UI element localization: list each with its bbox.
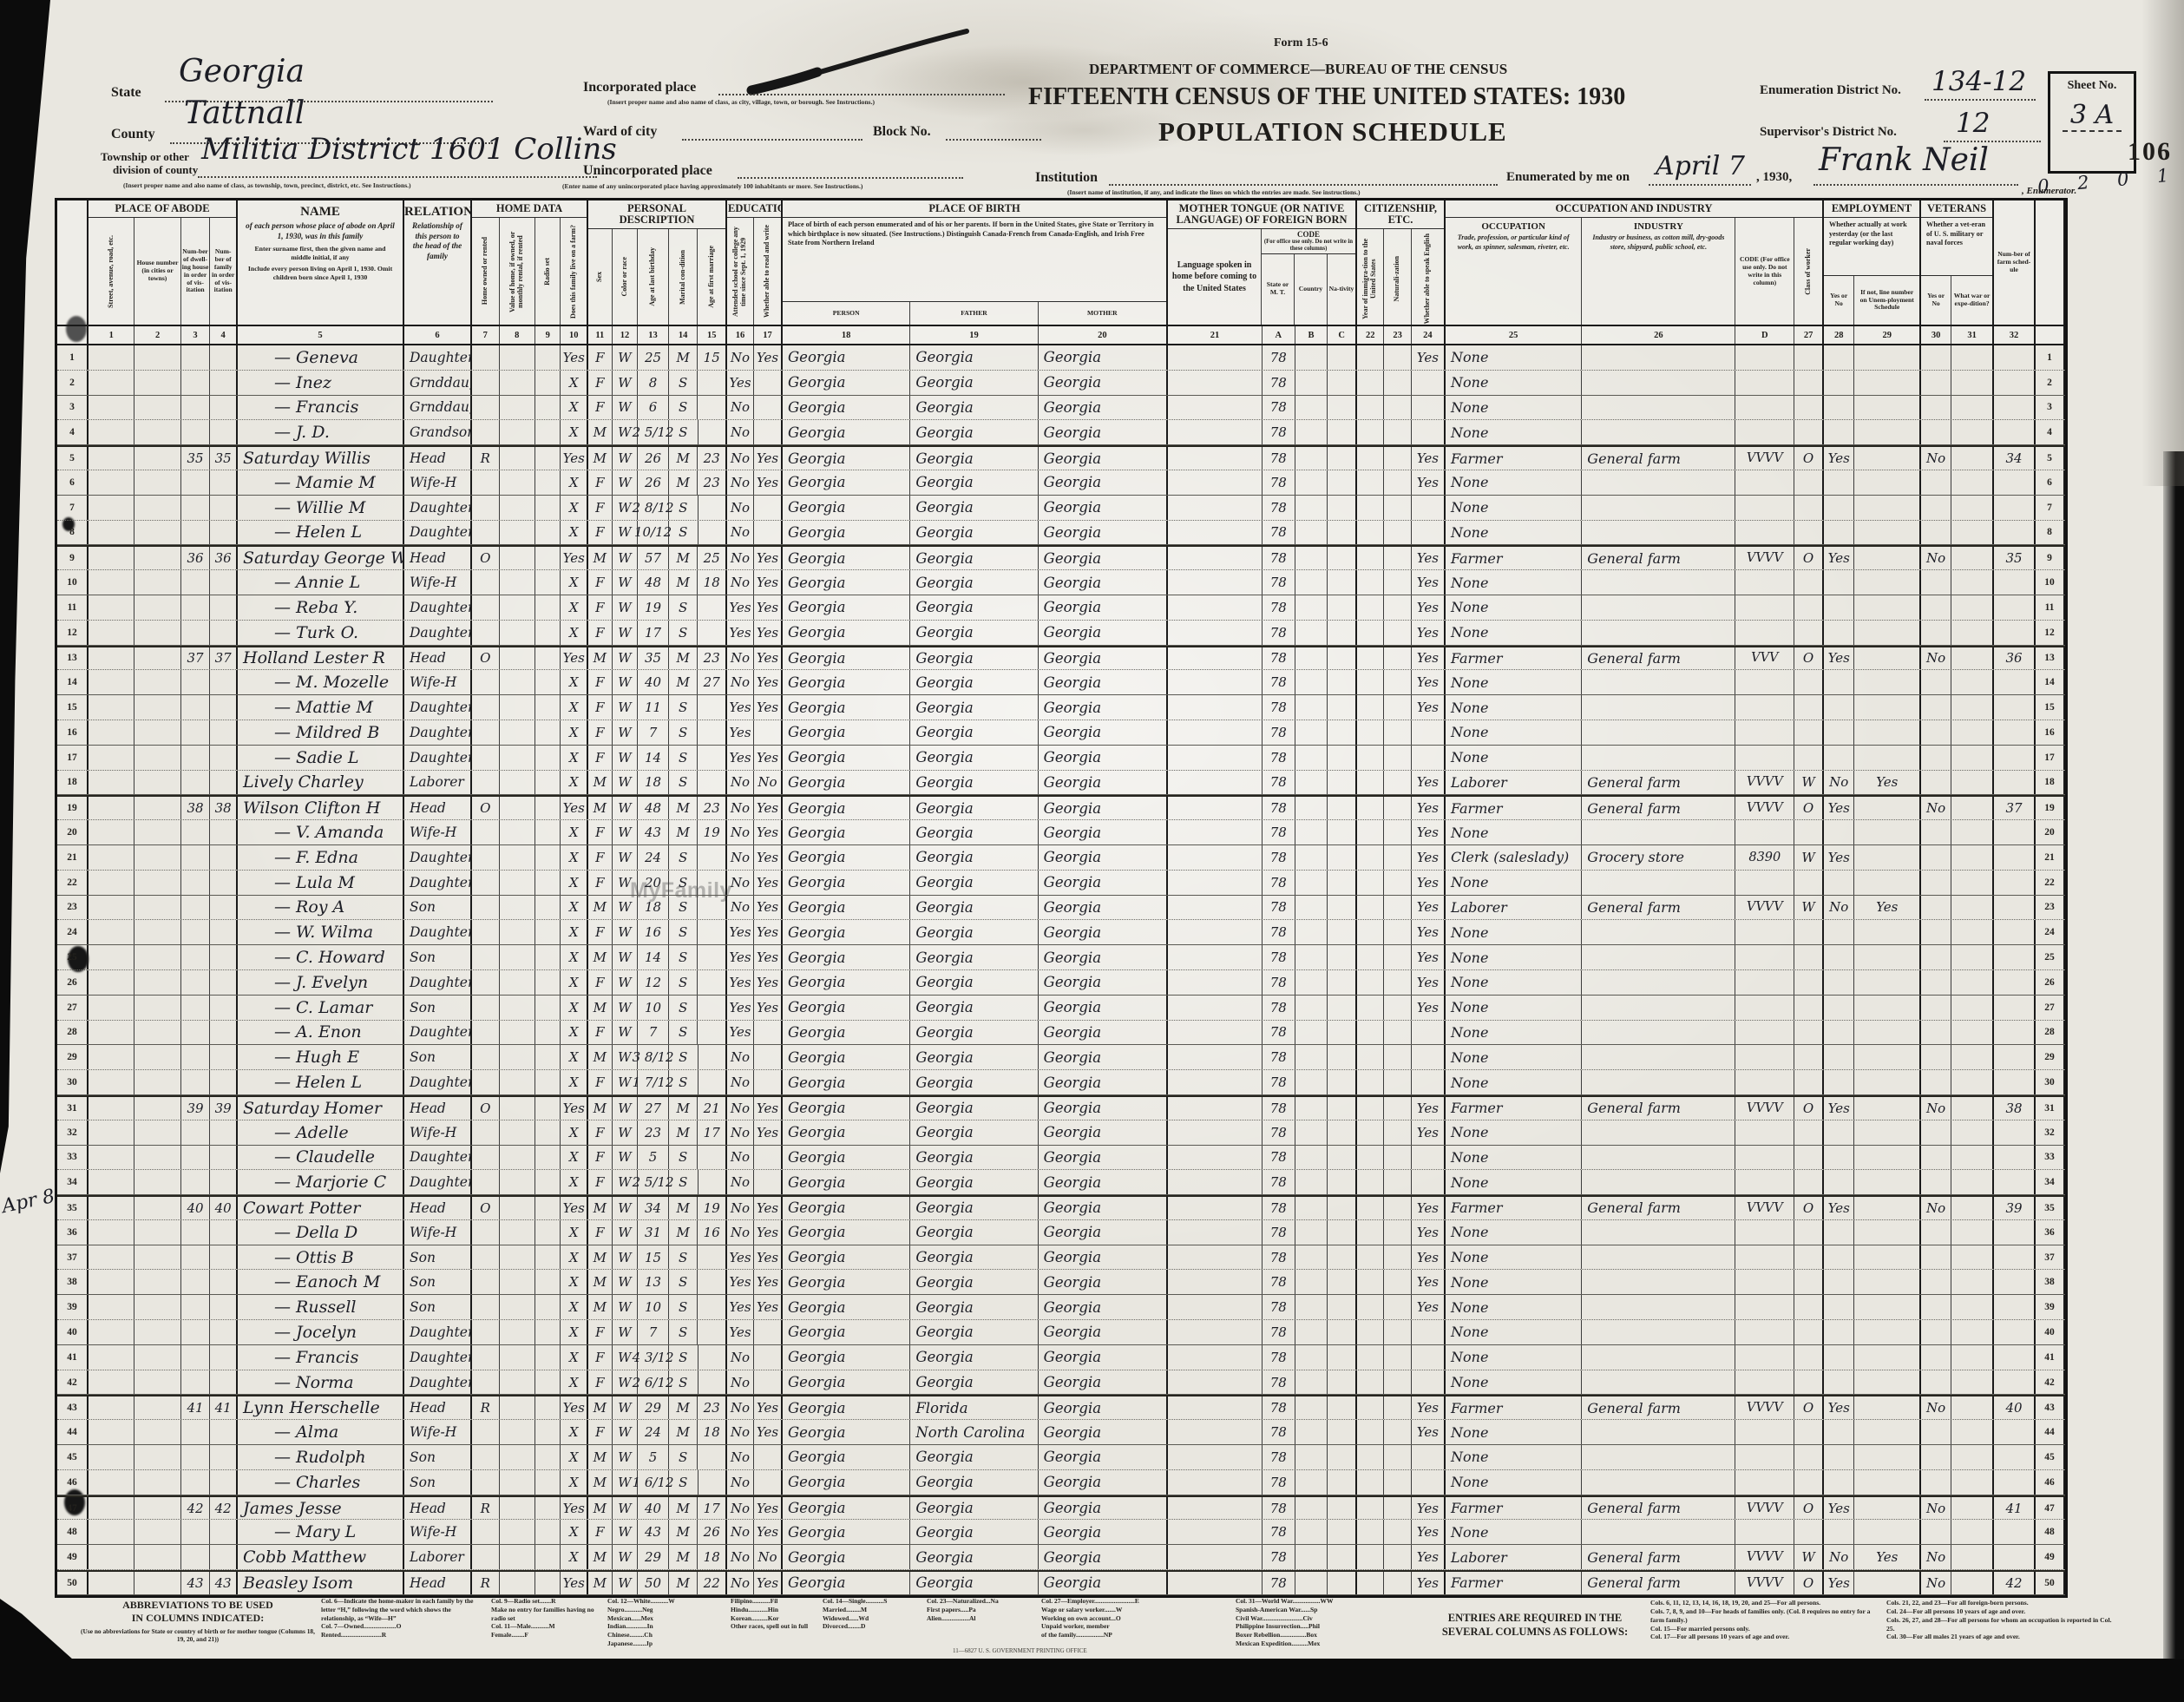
number-group: 32 bbox=[1994, 326, 2036, 344]
cell-cC bbox=[1328, 896, 1355, 920]
row-group bbox=[89, 746, 238, 770]
cell-c9 bbox=[535, 746, 561, 770]
cell-c6: Daughter bbox=[404, 845, 472, 870]
row-group: GeorgiaGeorgiaGeorgia bbox=[783, 797, 1168, 819]
cell-c12: W bbox=[613, 845, 639, 870]
cell-c17: Yes bbox=[754, 595, 781, 620]
row-group: NoYes bbox=[727, 1197, 783, 1219]
table-row: 14— M. MozelleWife-HXFW40M27NoYesGeorgia… bbox=[57, 670, 2065, 695]
row-group: Yes bbox=[1824, 845, 1921, 870]
row-group: GeorgiaGeorgiaGeorgia bbox=[783, 871, 1168, 895]
row-group bbox=[89, 820, 238, 844]
cell-c1 bbox=[89, 1420, 134, 1444]
cell-c17: Yes bbox=[754, 1420, 781, 1444]
cell-c3 bbox=[181, 396, 211, 420]
row-group: Daughter bbox=[404, 1345, 472, 1370]
cell-c28 bbox=[1824, 1420, 1854, 1444]
row-group: Yes bbox=[727, 720, 783, 745]
cell-cD bbox=[1735, 1470, 1794, 1495]
cell-c26 bbox=[1582, 1445, 1735, 1469]
table-row: 12— Turk O.DaughterXFW17SYesYesGeorgiaGe… bbox=[57, 621, 2065, 646]
cell-cC bbox=[1328, 1396, 1355, 1419]
cell-c18: Georgia bbox=[783, 396, 910, 420]
row-group bbox=[1824, 396, 1921, 420]
cell-c25: None bbox=[1446, 1070, 1582, 1094]
entries-required-right: Cols. 21, 22, and 23—For all foreign-bor… bbox=[1886, 1599, 2119, 1641]
cell-c3 bbox=[181, 521, 211, 545]
cell-c4: 36 bbox=[210, 547, 236, 569]
cell-c9 bbox=[535, 896, 561, 920]
cell-c14: S bbox=[669, 771, 698, 795]
row-group: 5 bbox=[2036, 447, 2065, 470]
row-group: X bbox=[472, 1245, 588, 1270]
table-row: 6— Mamie MWife-HXFW26M23NoYesGeorgiaGeor… bbox=[57, 470, 2065, 496]
cell-c26: General farm bbox=[1582, 1545, 1735, 1569]
cell-c24 bbox=[1412, 746, 1444, 770]
cell-c24 bbox=[1412, 521, 1444, 545]
cell-ln: 11 bbox=[57, 595, 87, 620]
row-group: OYes bbox=[472, 797, 588, 819]
row-group bbox=[89, 896, 238, 920]
cell-c18: Georgia bbox=[783, 1470, 910, 1495]
cell-c10: X bbox=[561, 621, 587, 645]
header-cell: State or M. T. bbox=[1262, 254, 1295, 325]
cell-c11: F bbox=[588, 621, 613, 645]
row-group: 49 bbox=[57, 1545, 89, 1569]
cell-c25: Farmer bbox=[1446, 1572, 1582, 1594]
row-group: Yes bbox=[727, 1320, 783, 1344]
cell-c27 bbox=[1794, 345, 1822, 370]
abbreviation-block: Col. 27—Employer........................… bbox=[1041, 1597, 1190, 1640]
row-group: 12 bbox=[2036, 621, 2065, 645]
row-group: MW10S bbox=[588, 1295, 727, 1319]
cell-c31 bbox=[1951, 771, 1992, 795]
row-group: 78 bbox=[1168, 1497, 1357, 1520]
row-group bbox=[1824, 1245, 1921, 1270]
row-group: None bbox=[1446, 1520, 1824, 1544]
cell-c3: 41 bbox=[181, 1396, 211, 1419]
column-number: 5 bbox=[238, 326, 403, 344]
cell-c22 bbox=[1357, 521, 1384, 545]
row-group: None bbox=[1446, 1146, 1824, 1170]
cell-lnr: 11 bbox=[2036, 595, 2063, 620]
cell-c16: No bbox=[727, 1097, 754, 1120]
column-number: 9 bbox=[535, 326, 561, 344]
cell-c5: — Helen L bbox=[238, 1070, 403, 1094]
cell-c25: Farmer bbox=[1446, 547, 1582, 569]
cell-cC bbox=[1328, 771, 1355, 795]
cell-c1 bbox=[89, 1070, 134, 1094]
row-group: GeorgiaGeorgiaGeorgia bbox=[783, 945, 1168, 969]
row-group: No bbox=[727, 1045, 783, 1069]
cell-c10: Yes bbox=[561, 1396, 587, 1419]
cell-c23 bbox=[1384, 720, 1411, 745]
cell-c2 bbox=[134, 1497, 180, 1520]
cell-c23 bbox=[1384, 521, 1411, 545]
cell-c4: 40 bbox=[210, 1197, 236, 1219]
cell-c18: Georgia bbox=[783, 670, 910, 694]
cell-c19: Georgia bbox=[910, 1572, 1038, 1594]
cell-c13: 57 bbox=[638, 547, 669, 569]
header-cell: Whether able to speak English bbox=[1412, 229, 1444, 325]
cell-c31 bbox=[1951, 621, 1992, 645]
cell-c7: R bbox=[472, 1497, 500, 1520]
row-group bbox=[1824, 1295, 1921, 1319]
cell-c10: X bbox=[561, 695, 587, 720]
row-group: No bbox=[1921, 1545, 1994, 1569]
cell-c21 bbox=[1168, 1370, 1263, 1395]
cell-c29 bbox=[1854, 1146, 1919, 1170]
row-group: OYes bbox=[472, 1197, 588, 1219]
cell-c25: None bbox=[1446, 1295, 1582, 1319]
cell-ln: 9 bbox=[57, 547, 87, 569]
row-group: 35 bbox=[57, 1197, 89, 1219]
cell-lnr: 49 bbox=[2036, 1545, 2063, 1569]
row-group: X bbox=[472, 1370, 588, 1395]
cell-c11: F bbox=[588, 1070, 613, 1094]
row-group: RYes bbox=[472, 1497, 588, 1520]
cell-c17: Yes bbox=[754, 1270, 781, 1294]
row-group: 11 bbox=[57, 595, 89, 620]
row-group: GeorgiaGeorgiaGeorgia bbox=[783, 996, 1168, 1020]
row-group: FarmerGeneral farmVVVVO bbox=[1446, 1497, 1824, 1520]
row-group: 78 bbox=[1168, 1445, 1357, 1469]
cell-c3 bbox=[181, 496, 211, 520]
row-group bbox=[1824, 820, 1921, 844]
cell-c20: Georgia bbox=[1039, 1021, 1166, 1045]
cell-c20: Georgia bbox=[1039, 1070, 1166, 1094]
cell-lnr: 22 bbox=[2036, 871, 2063, 895]
cell-cD bbox=[1735, 1295, 1794, 1319]
cell-c9 bbox=[535, 695, 561, 720]
cell-c32 bbox=[1994, 1345, 2034, 1370]
cell-c3 bbox=[181, 470, 211, 495]
row-group bbox=[1994, 1470, 2036, 1495]
cell-cA: 78 bbox=[1263, 420, 1295, 444]
header-cell: Num-ber of family in order of vis-itatio… bbox=[210, 218, 236, 325]
row-group: Yes bbox=[1357, 1197, 1446, 1219]
cell-lnr: 46 bbox=[2036, 1470, 2063, 1495]
cell-c11: F bbox=[588, 820, 613, 844]
row-group: — Mildred B bbox=[238, 720, 404, 745]
row-group: No bbox=[727, 1146, 783, 1170]
cell-c2 bbox=[134, 1197, 180, 1219]
row-group: 32 bbox=[57, 1120, 89, 1145]
row-group: Yes bbox=[1357, 1572, 1446, 1594]
cell-c29: Yes bbox=[1854, 771, 1919, 795]
row-group: NoYes bbox=[727, 1572, 783, 1594]
row-group: Yes bbox=[1824, 1396, 1921, 1419]
cell-c21 bbox=[1168, 521, 1263, 545]
row-group bbox=[89, 521, 238, 545]
row-group bbox=[1824, 345, 1921, 370]
cell-c20: Georgia bbox=[1039, 1445, 1166, 1469]
row-group: FW24M18 bbox=[588, 1420, 727, 1444]
cell-c20: Georgia bbox=[1039, 820, 1166, 844]
cell-c13: 40 bbox=[638, 670, 669, 694]
cell-c25: None bbox=[1446, 920, 1582, 944]
cell-cD bbox=[1735, 1070, 1794, 1094]
cell-c19: Georgia bbox=[910, 1520, 1038, 1544]
row-group bbox=[1921, 470, 1994, 495]
cell-cB bbox=[1295, 896, 1328, 920]
cell-c1 bbox=[89, 1445, 134, 1469]
cell-c8 bbox=[500, 1170, 535, 1194]
cell-c23 bbox=[1384, 920, 1411, 944]
cell-c10: X bbox=[561, 470, 587, 495]
row-group: — Helen L bbox=[238, 1070, 404, 1094]
cell-cD: VVVV bbox=[1735, 1197, 1794, 1219]
cell-c16: Yes bbox=[727, 945, 754, 969]
group-title: HOME DATA bbox=[472, 200, 587, 218]
cell-c19: Georgia bbox=[910, 447, 1038, 470]
cell-c20: Georgia bbox=[1039, 447, 1166, 470]
cell-c18: Georgia bbox=[783, 1146, 910, 1170]
block-line bbox=[946, 139, 1041, 141]
cell-c24: Yes bbox=[1412, 996, 1444, 1020]
cell-cC bbox=[1328, 570, 1355, 595]
cell-c18: Georgia bbox=[783, 1070, 910, 1094]
row-group: 37 bbox=[57, 1245, 89, 1270]
row-group: None bbox=[1446, 420, 1824, 444]
cell-ln: 33 bbox=[57, 1146, 87, 1170]
row-group: GeorgiaGeorgiaGeorgia bbox=[783, 746, 1168, 770]
cell-c6: Grnddaughter bbox=[404, 371, 472, 395]
row-group bbox=[1994, 570, 2036, 595]
cell-c12: W bbox=[613, 1572, 639, 1594]
cell-c17: Yes bbox=[754, 647, 781, 670]
cell-c23 bbox=[1384, 1120, 1411, 1145]
cell-c5: — Charles bbox=[238, 1470, 403, 1495]
number-group: 1112131415 bbox=[588, 326, 727, 344]
row-group bbox=[89, 845, 238, 870]
cell-c14: S bbox=[669, 1295, 698, 1319]
cell-cB bbox=[1295, 970, 1328, 995]
row-group: 20 bbox=[57, 820, 89, 844]
row-group: 39 bbox=[57, 1295, 89, 1319]
cell-c8 bbox=[500, 1220, 535, 1245]
row-group: 14 bbox=[57, 670, 89, 694]
cell-c8 bbox=[500, 1197, 535, 1219]
cell-c28 bbox=[1824, 970, 1854, 995]
cell-c16: No bbox=[727, 447, 754, 470]
cell-cB bbox=[1295, 1097, 1328, 1120]
cell-c6: Wife-H bbox=[404, 1220, 470, 1245]
row-group: 34 bbox=[1994, 447, 2036, 470]
row-group: FW10/12S bbox=[588, 521, 727, 545]
cell-c10: X bbox=[561, 1345, 587, 1370]
cell-cC bbox=[1328, 521, 1355, 545]
cell-c32 bbox=[1994, 621, 2034, 645]
row-group: None bbox=[1446, 621, 1824, 645]
row-group bbox=[1994, 621, 2036, 645]
column-number: 14 bbox=[669, 326, 698, 344]
row-group: Head bbox=[404, 547, 472, 569]
cell-ln: 38 bbox=[57, 1270, 87, 1294]
cell-c22 bbox=[1357, 1170, 1384, 1194]
cell-c3: 37 bbox=[181, 647, 211, 670]
cell-c2 bbox=[134, 670, 180, 694]
row-group bbox=[1921, 345, 1994, 370]
cell-c11: F bbox=[588, 1345, 613, 1370]
cell-c6: Wife-H bbox=[404, 570, 470, 595]
column-label: Color or race bbox=[621, 257, 629, 296]
row-group: 78 bbox=[1168, 496, 1357, 520]
cell-c18: Georgia bbox=[783, 547, 910, 569]
row-group: X bbox=[472, 570, 588, 595]
cell-c4 bbox=[210, 845, 236, 870]
cell-c26 bbox=[1582, 1520, 1735, 1544]
row-group: 38 bbox=[1994, 1097, 2036, 1120]
cell-cD bbox=[1735, 1520, 1794, 1544]
cell-c14: S bbox=[669, 1370, 698, 1395]
cell-c13: 10/12 bbox=[638, 521, 669, 545]
cell-lnr: 24 bbox=[2036, 920, 2063, 944]
cell-c10: X bbox=[561, 1245, 587, 1270]
cell-c28 bbox=[1824, 1021, 1854, 1045]
cell-c15: 26 bbox=[698, 1520, 725, 1544]
cell-c14: S bbox=[669, 1245, 698, 1270]
cell-c14: S bbox=[669, 1445, 698, 1469]
row-group: 78 bbox=[1168, 1370, 1357, 1395]
cell-lnr: 42 bbox=[2036, 1370, 2063, 1395]
cell-c19: Georgia bbox=[910, 595, 1038, 620]
form-number: Form 15-6 bbox=[1274, 36, 1328, 50]
cell-c3 bbox=[181, 1345, 211, 1370]
cell-c32 bbox=[1994, 1520, 2034, 1544]
row-group: MW2 5/12S bbox=[588, 420, 727, 444]
row-group bbox=[1921, 771, 1994, 795]
cell-c24: Yes bbox=[1412, 1295, 1444, 1319]
cell-c18: Georgia bbox=[783, 896, 910, 920]
row-group: GeorgiaGeorgiaGeorgia bbox=[783, 1170, 1168, 1194]
cell-c15 bbox=[698, 720, 725, 745]
row-group: 78 bbox=[1168, 396, 1357, 420]
column-number: 31 bbox=[1951, 326, 1992, 344]
cell-cA: 78 bbox=[1263, 1320, 1295, 1344]
cell-c19: Georgia bbox=[910, 621, 1038, 645]
row-group: NoYes bbox=[727, 1497, 783, 1520]
row-group: Daughter bbox=[404, 920, 472, 944]
column-number: 11 bbox=[588, 326, 613, 344]
row-group bbox=[1921, 920, 1994, 944]
cell-c7 bbox=[472, 771, 500, 795]
cell-c23 bbox=[1384, 647, 1411, 670]
row-group bbox=[1994, 521, 2036, 545]
cell-c17 bbox=[754, 371, 781, 395]
cell-c3 bbox=[181, 996, 211, 1020]
row-group: NoYes bbox=[727, 345, 783, 370]
cell-c27 bbox=[1794, 1120, 1822, 1145]
row-group: GeorgiaGeorgiaGeorgia bbox=[783, 1045, 1168, 1069]
row-group: YesYes bbox=[727, 621, 783, 645]
row-group: No bbox=[727, 1445, 783, 1469]
cell-c26 bbox=[1582, 820, 1735, 844]
code-note: (For office use only. Do not write in th… bbox=[1263, 239, 1354, 253]
row-group: Yes bbox=[1357, 470, 1446, 495]
cell-cA: 78 bbox=[1263, 845, 1295, 870]
cell-c24: Yes bbox=[1412, 647, 1444, 670]
cell-c20: Georgia bbox=[1039, 945, 1166, 969]
row-group bbox=[1921, 845, 1994, 870]
row-group: — Hugh E bbox=[238, 1045, 404, 1069]
cell-cB bbox=[1295, 670, 1328, 694]
cell-c14: S bbox=[669, 420, 698, 444]
cell-c16: No bbox=[727, 521, 754, 545]
row-group bbox=[1824, 420, 1921, 444]
township-label: Township or other bbox=[101, 150, 189, 164]
row-group bbox=[1994, 496, 2036, 520]
cell-c8 bbox=[500, 1097, 535, 1120]
cell-c1 bbox=[89, 496, 134, 520]
cell-c3: 42 bbox=[181, 1497, 211, 1520]
cell-c3 bbox=[181, 1021, 211, 1045]
cell-c22 bbox=[1357, 670, 1384, 694]
cell-cA: 78 bbox=[1263, 371, 1295, 395]
row-group: Yes bbox=[1357, 996, 1446, 1020]
cell-c15 bbox=[698, 896, 725, 920]
cell-c3 bbox=[181, 1545, 211, 1569]
cell-c16: No bbox=[727, 570, 754, 595]
cell-c18: Georgia bbox=[783, 345, 910, 370]
cell-c6: Wife-H bbox=[404, 1120, 470, 1145]
census-title: FIFTEENTH CENSUS OF THE UNITED STATES: 1… bbox=[1028, 83, 1625, 111]
cell-cA: 78 bbox=[1263, 695, 1295, 720]
cell-c3 bbox=[181, 1146, 211, 1170]
cell-cC bbox=[1328, 1520, 1355, 1544]
cell-c31 bbox=[1951, 1320, 1992, 1344]
cell-c8 bbox=[500, 771, 535, 795]
abbreviation-block: Col. 9—Radio set.......RMake no entry fo… bbox=[491, 1597, 597, 1640]
header-cell: House number (in cities or towns) bbox=[134, 218, 180, 325]
cell-c5: — Annie L bbox=[238, 570, 403, 595]
cell-c20: Georgia bbox=[1039, 1245, 1166, 1270]
row-group: Yes bbox=[1357, 1295, 1446, 1319]
row-group: FarmerGeneral farmVVVVO bbox=[1446, 1197, 1824, 1219]
cell-c27: O bbox=[1794, 1396, 1822, 1419]
column-label: Naturali-zation bbox=[1394, 256, 1401, 301]
row-group: 18 bbox=[2036, 771, 2065, 795]
cell-c14: S bbox=[669, 621, 698, 645]
row-group: 78 bbox=[1168, 1245, 1357, 1270]
table-row: 46— CharlesSonXMW1 6/12SNoGeorgiaGeorgia… bbox=[57, 1470, 2065, 1495]
cell-c14: S bbox=[669, 1021, 698, 1045]
cell-c28 bbox=[1824, 945, 1854, 969]
cell-c32 bbox=[1994, 1146, 2034, 1170]
cell-lnr: 30 bbox=[2036, 1070, 2063, 1094]
cell-c13: 7 bbox=[638, 1021, 669, 1045]
cell-cA: 78 bbox=[1263, 595, 1295, 620]
cell-c5: Cobb Matthew bbox=[238, 1545, 403, 1569]
cell-c14: S bbox=[669, 1045, 698, 1069]
cell-cA: 78 bbox=[1263, 1572, 1295, 1594]
cell-c21 bbox=[1168, 746, 1263, 770]
column-group: MOTHER TONGUE (OR NATIVE LANGUAGE) OF FO… bbox=[1168, 200, 1357, 325]
cell-c21 bbox=[1168, 1420, 1263, 1444]
cell-c29 bbox=[1854, 1420, 1919, 1444]
cell-c3 bbox=[181, 820, 211, 844]
cell-c22 bbox=[1357, 746, 1384, 770]
cell-c18: Georgia bbox=[783, 570, 910, 595]
cell-c7 bbox=[472, 570, 500, 595]
cell-c20: Georgia bbox=[1039, 470, 1166, 495]
cell-c29 bbox=[1854, 1197, 1919, 1219]
row-group bbox=[1994, 1146, 2036, 1170]
row-group bbox=[89, 1520, 238, 1544]
cell-c24: Yes bbox=[1412, 1097, 1444, 1120]
row-group: 78 bbox=[1168, 746, 1357, 770]
row-group: FarmerGeneral farmVVVVO bbox=[1446, 547, 1824, 569]
